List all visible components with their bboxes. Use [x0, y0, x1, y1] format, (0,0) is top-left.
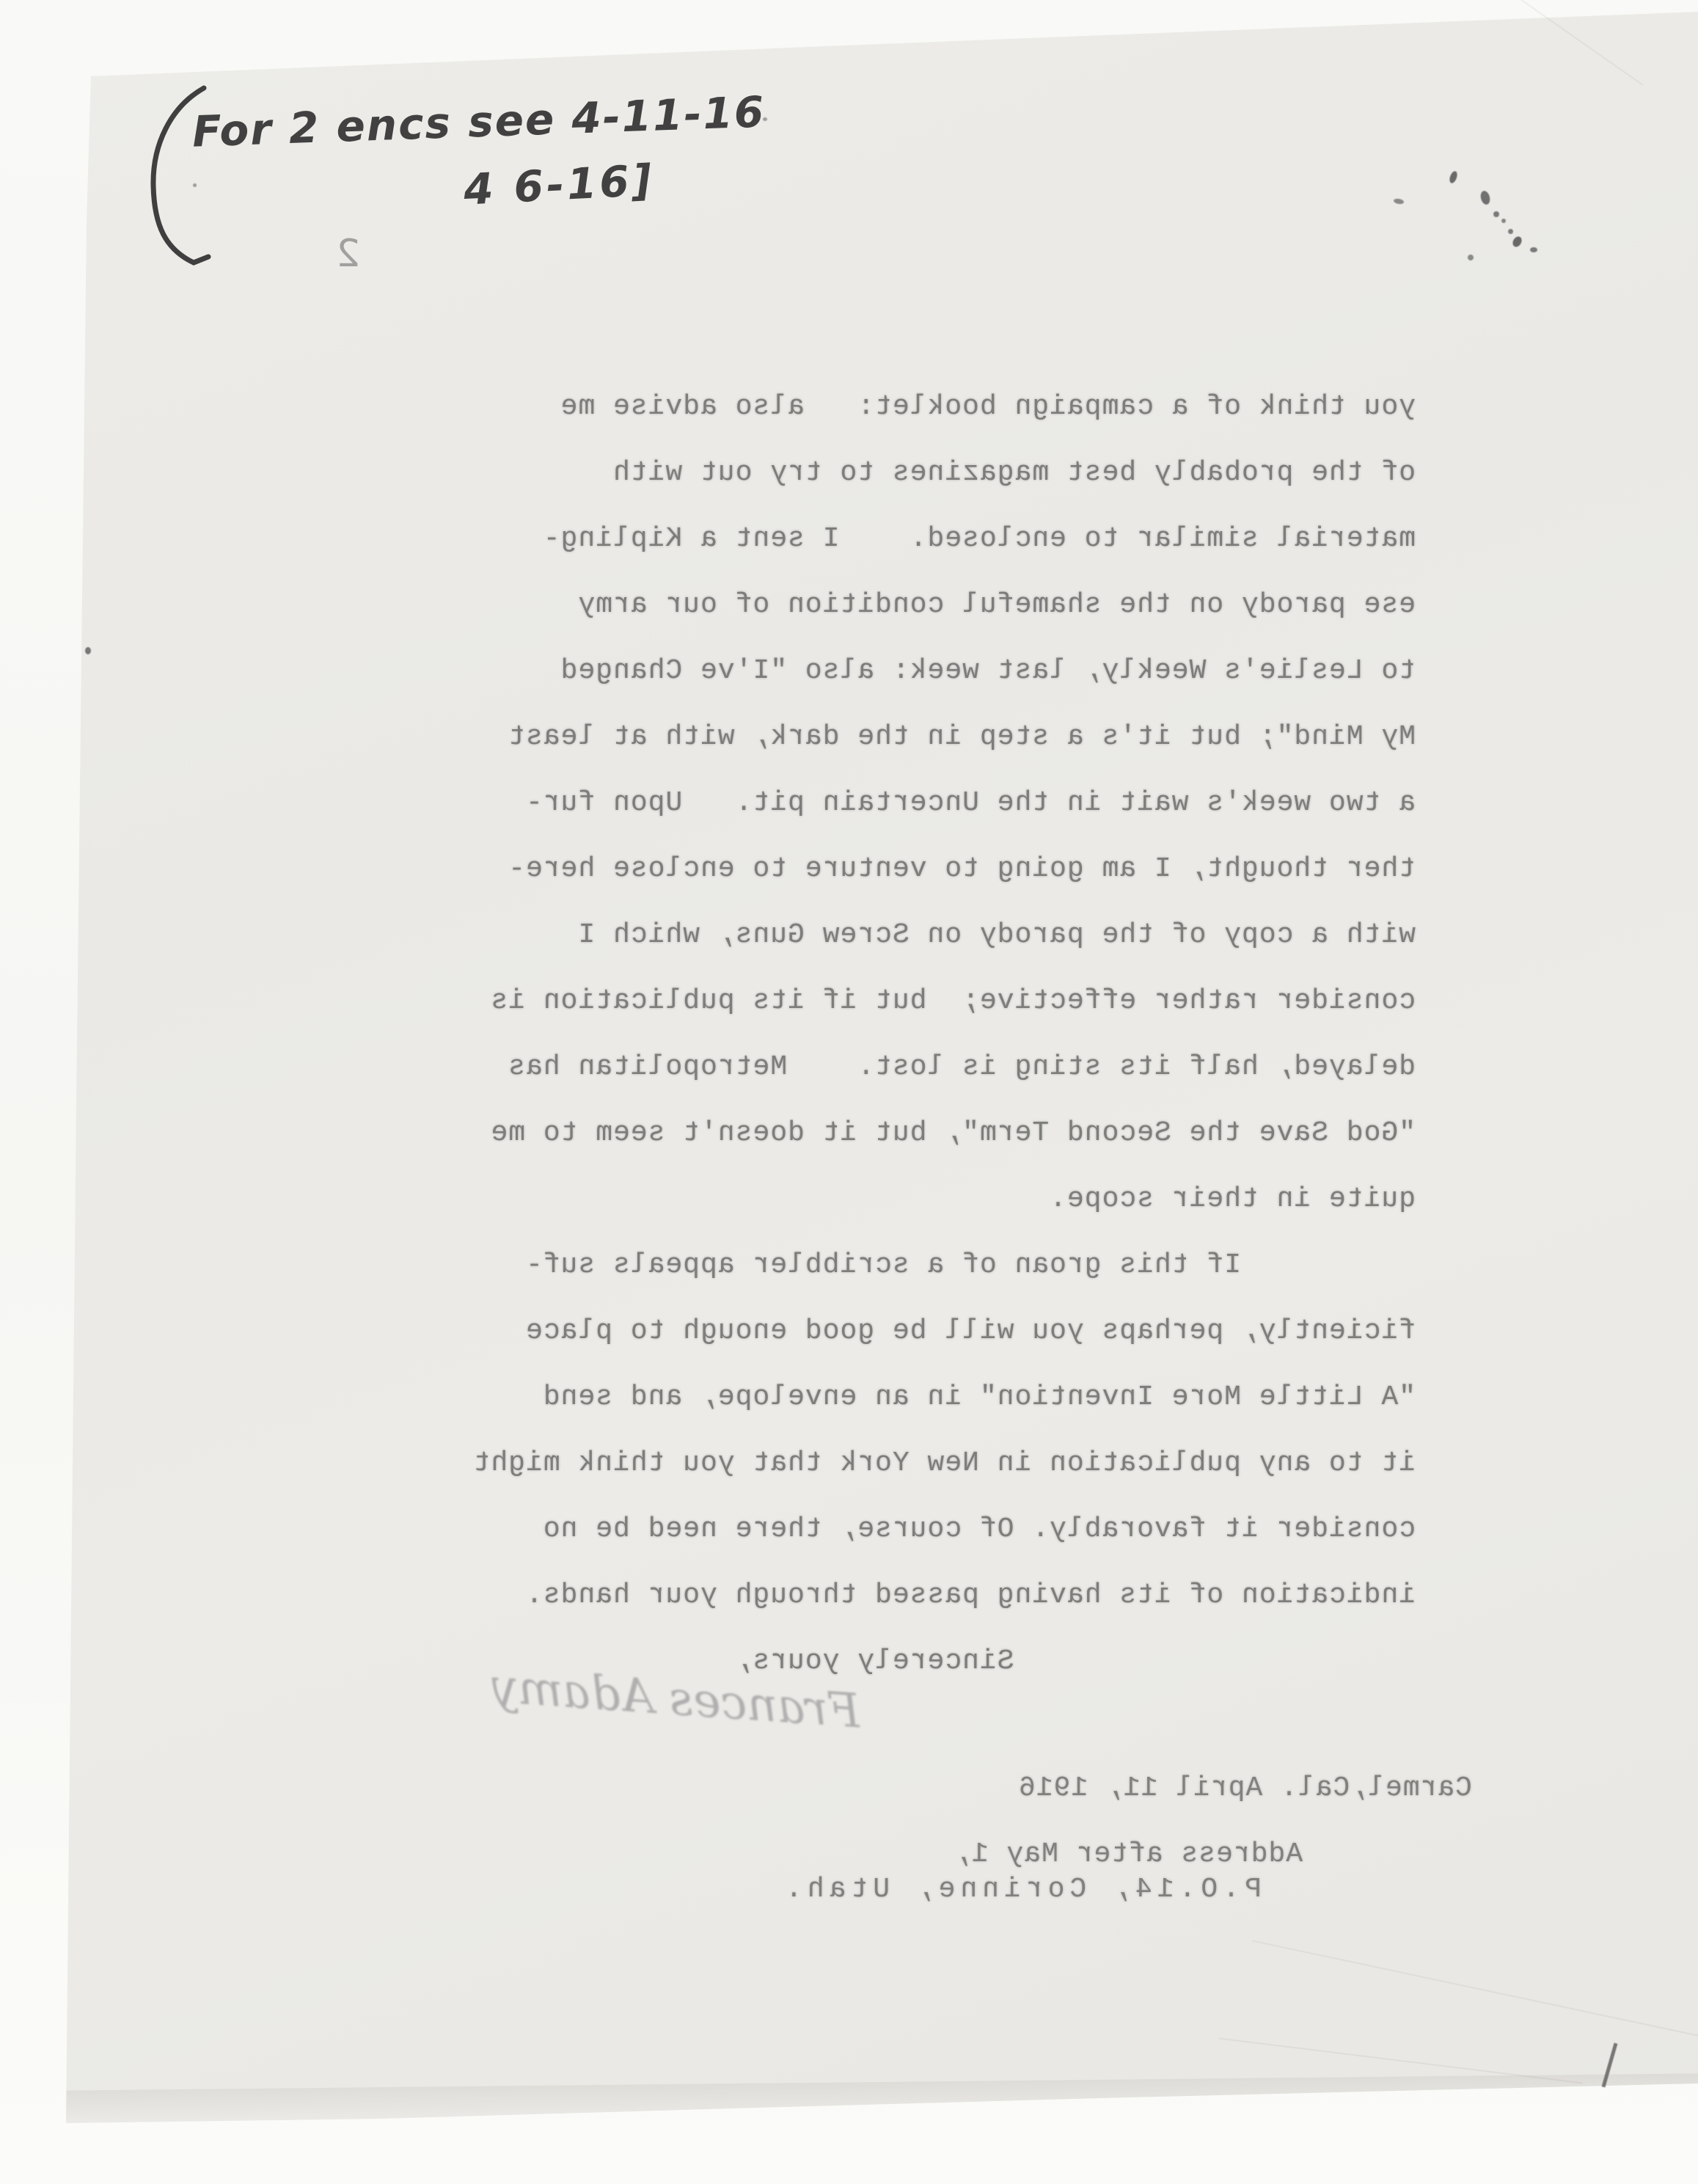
- ink-speck: [85, 647, 91, 654]
- ink-speck: [1530, 247, 1537, 252]
- address-line-2: P.O.14, Corinne, Utah.: [780, 1874, 1262, 1905]
- paper-bottom-edge-shadow: [59, 2073, 1698, 2121]
- typed-letter-body: you think of a campaign booklet: also ad…: [282, 374, 1416, 1695]
- date-line: Carmel,Cal. April 11, 1916: [1018, 1772, 1472, 1804]
- ink-speck: [1508, 229, 1513, 234]
- address-line-1: Address after May 1,: [954, 1838, 1303, 1870]
- signature: Frances Adamy: [510, 1661, 863, 1809]
- ink-speck: [1501, 219, 1506, 223]
- annotation-line-2: 4 6-16]: [462, 155, 655, 215]
- ink-speck: [1493, 211, 1499, 217]
- ink-speck: [193, 183, 197, 187]
- scanned-letter-page: For 2 encs see 4-11-16 4 6-16] 2 you thi…: [0, 0, 1698, 2184]
- page-number: 2: [336, 232, 360, 276]
- ink-speck: [763, 117, 767, 121]
- ink-speck: [1468, 255, 1474, 260]
